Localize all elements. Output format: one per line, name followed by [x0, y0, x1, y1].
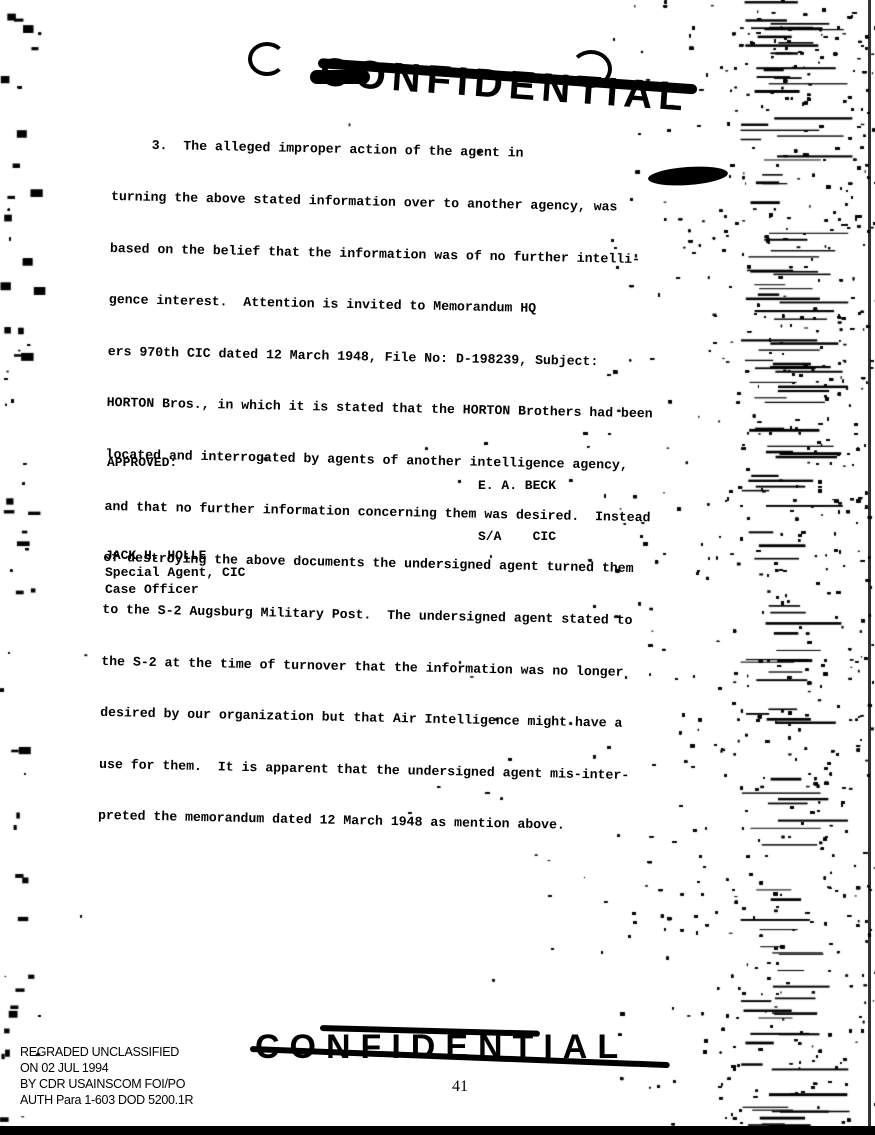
text-line: based on the belief that the information… — [110, 240, 760, 271]
scan-bottom-border — [0, 1126, 875, 1135]
stamp-line: REGRADED UNCLASSIFIED — [20, 1044, 193, 1060]
text-line: desired by our organization but that Air… — [100, 704, 750, 735]
regraded-unclassified-stamp: REGRADED UNCLASSIFIED ON 02 JUL 1994 BY … — [20, 1044, 193, 1108]
scan-edge — [868, 0, 871, 1126]
text-line: located and interrogated by agents of an… — [105, 446, 755, 477]
text-line: use for them. It is apparent that the un… — [99, 756, 749, 787]
text-line: preted the memorandum dated 12 March 194… — [98, 807, 748, 838]
text-line: ers 970th CIC dated 12 March 1948, File … — [108, 343, 758, 374]
memo-paragraph-3: 3. The alleged improper action of the ag… — [97, 102, 763, 872]
approved-label: APPROVED: — [107, 455, 177, 470]
approver-title: Special Agent, CIC — [105, 564, 245, 581]
text-line: gence interest. Attention is invited to … — [109, 291, 759, 322]
text-line: turning the above stated information ove… — [111, 188, 761, 219]
stamp-line: BY CDR USAINSCOM FOI/PO — [20, 1076, 193, 1092]
approver-role: Case Officer — [105, 581, 245, 598]
signature-block-agent: E. A. BECK S/A CIC — [478, 443, 556, 579]
stamp-line: AUTH Para 1-603 DOD 5200.1R — [20, 1092, 193, 1108]
signer-title: S/A CIC — [478, 528, 556, 545]
approver-name: JACK H. HOLLE — [105, 547, 245, 564]
text-line: and that no further information concerni… — [104, 498, 754, 529]
document-page: CONFIDENTIAL 3. The alleged improper act… — [0, 0, 875, 1135]
ink-blot — [310, 70, 370, 84]
text-line: the S-2 at the time of turnover that the… — [101, 652, 751, 683]
ink-loop-mark — [248, 42, 286, 76]
text-line: 3. The alleged improper action of the ag… — [112, 136, 762, 167]
stamp-line: ON 02 JUL 1994 — [20, 1060, 193, 1076]
text-line: to the S-2 Augsburg Military Post. The u… — [102, 601, 752, 632]
signature-block-approver: JACK H. HOLLE Special Agent, CIC Case Of… — [105, 547, 245, 598]
page-number: 41 — [452, 1078, 468, 1096]
text-line: HORTON Bros., in which it is stated that… — [107, 394, 757, 425]
signer-name: E. A. BECK — [478, 477, 556, 494]
